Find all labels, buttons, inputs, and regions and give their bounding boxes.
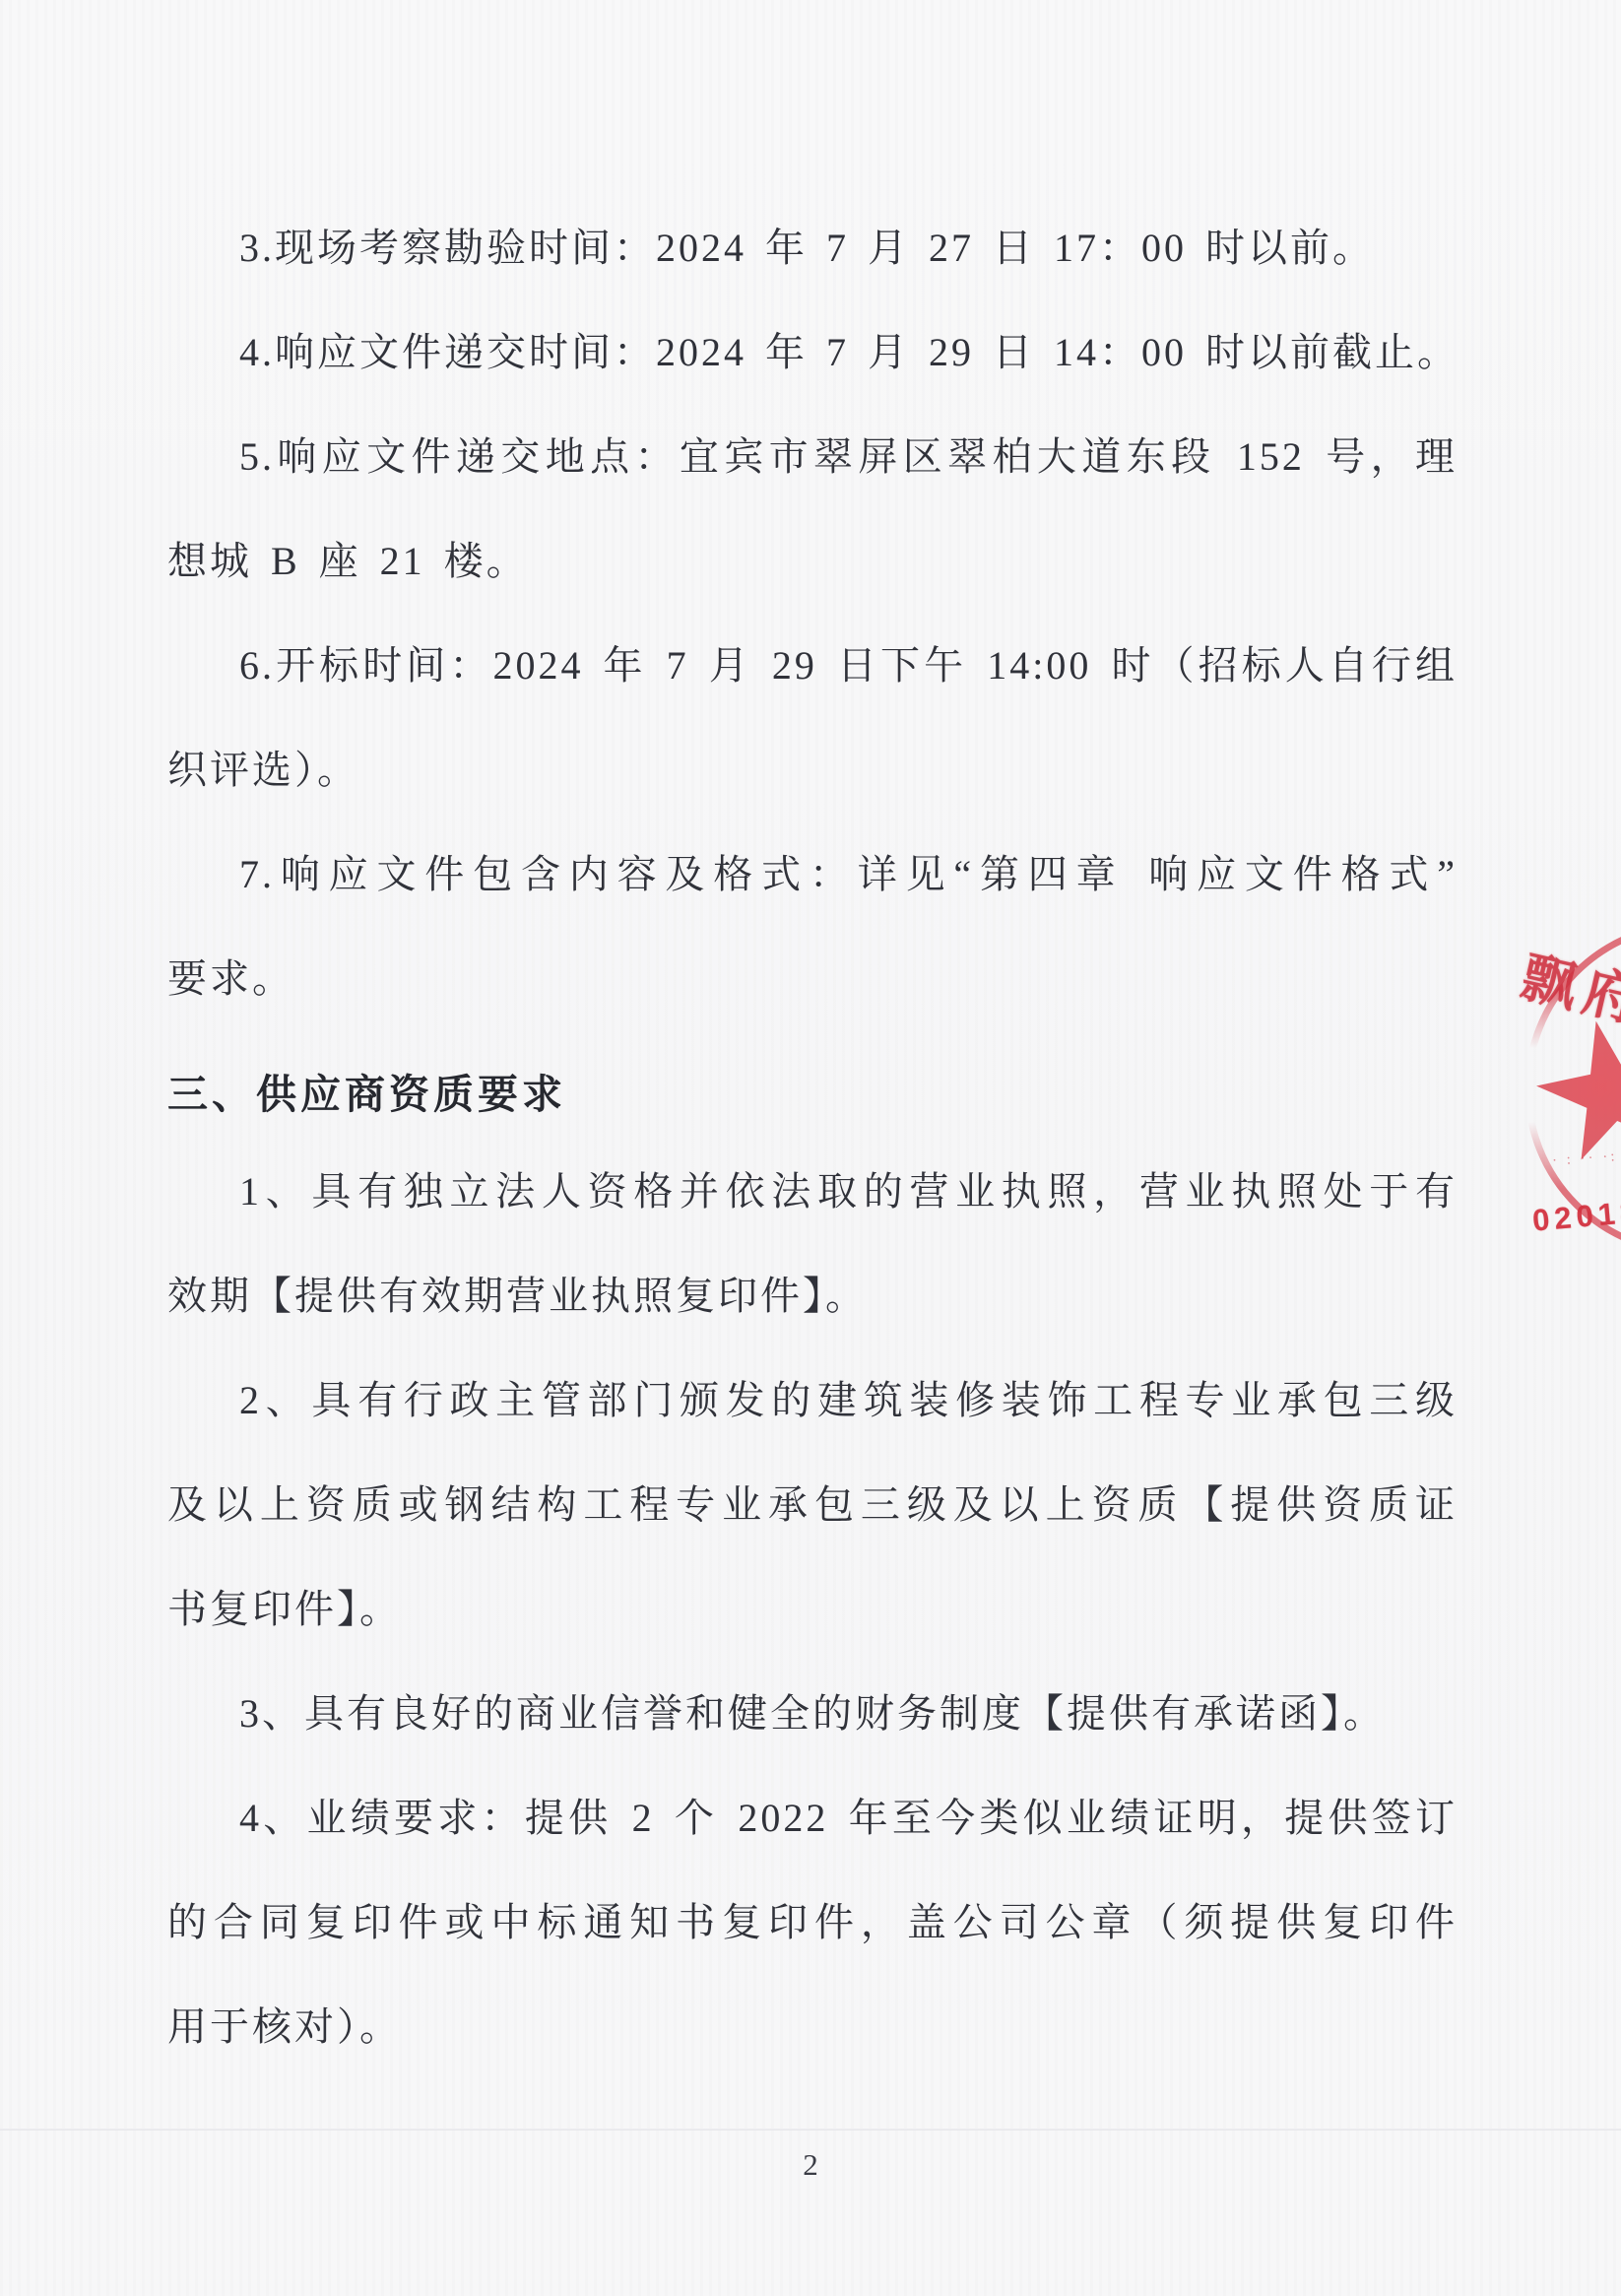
paragraph-line: 3、具有良好的商业信誉和健全的财务制度【提供有承诺函】。	[167, 1662, 1458, 1766]
paragraph-line: 4.响应文件递交时间：2024 年 7 月 29 日 14：00 时以前截止。	[167, 300, 1458, 405]
paragraph-line: 织评选）。	[167, 718, 1458, 822]
document-page: 3.现场考察勘验时间：2024 年 7 月 27 日 17：00 时以前。 4.…	[0, 0, 1621, 2296]
paragraph-line: 4、业绩要求：提供 2 个 2022 年至今类似业绩证明，提供签订	[167, 1766, 1458, 1870]
official-seal-number: 020184	[1531, 1192, 1621, 1238]
paragraph-line: 要求。	[167, 927, 1458, 1031]
footer-divider	[0, 2129, 1621, 2131]
paragraph-line: 书复印件】。	[167, 1557, 1458, 1662]
paragraph-line: 效期【提供有效期营业执照复印件】。	[167, 1244, 1458, 1348]
paragraph-line: 6.开标时间：2024 年 7 月 29 日下午 14:00 时（招标人自行组	[167, 614, 1458, 718]
paragraph-line: 用于核对）。	[167, 1975, 1458, 2079]
paragraph-line: 的合同复印件或中标通知书复印件，盖公司公章（须提供复印件	[167, 1870, 1458, 1975]
paragraph-line: 2、具有行政主管部门颁发的建筑装修装饰工程专业承包三级	[167, 1348, 1458, 1453]
document-body: 3.现场考察勘验时间：2024 年 7 月 27 日 17：00 时以前。 4.…	[167, 196, 1458, 2079]
paragraph-line: 3.现场考察勘验时间：2024 年 7 月 27 日 17：00 时以前。	[167, 196, 1458, 300]
section-heading: 三、供应商资质要求	[167, 1049, 1458, 1140]
paragraph-line: 及以上资质或钢结构工程专业承包三级及以上资质【提供资质证	[167, 1453, 1458, 1557]
paragraph-line: 想城 B 座 21 楼。	[167, 509, 1458, 614]
paragraph-line: 5.响应文件递交地点：宜宾市翠屏区翠柏大道东段 152 号，理	[167, 405, 1458, 509]
paragraph-line: 1、具有独立法人资格并依法取的营业执照，营业执照处于有	[167, 1140, 1458, 1244]
paragraph-line: 7.响应文件包含内容及格式：详见“第四章 响应文件格式”	[167, 822, 1458, 927]
page-number: 2	[0, 2147, 1621, 2183]
